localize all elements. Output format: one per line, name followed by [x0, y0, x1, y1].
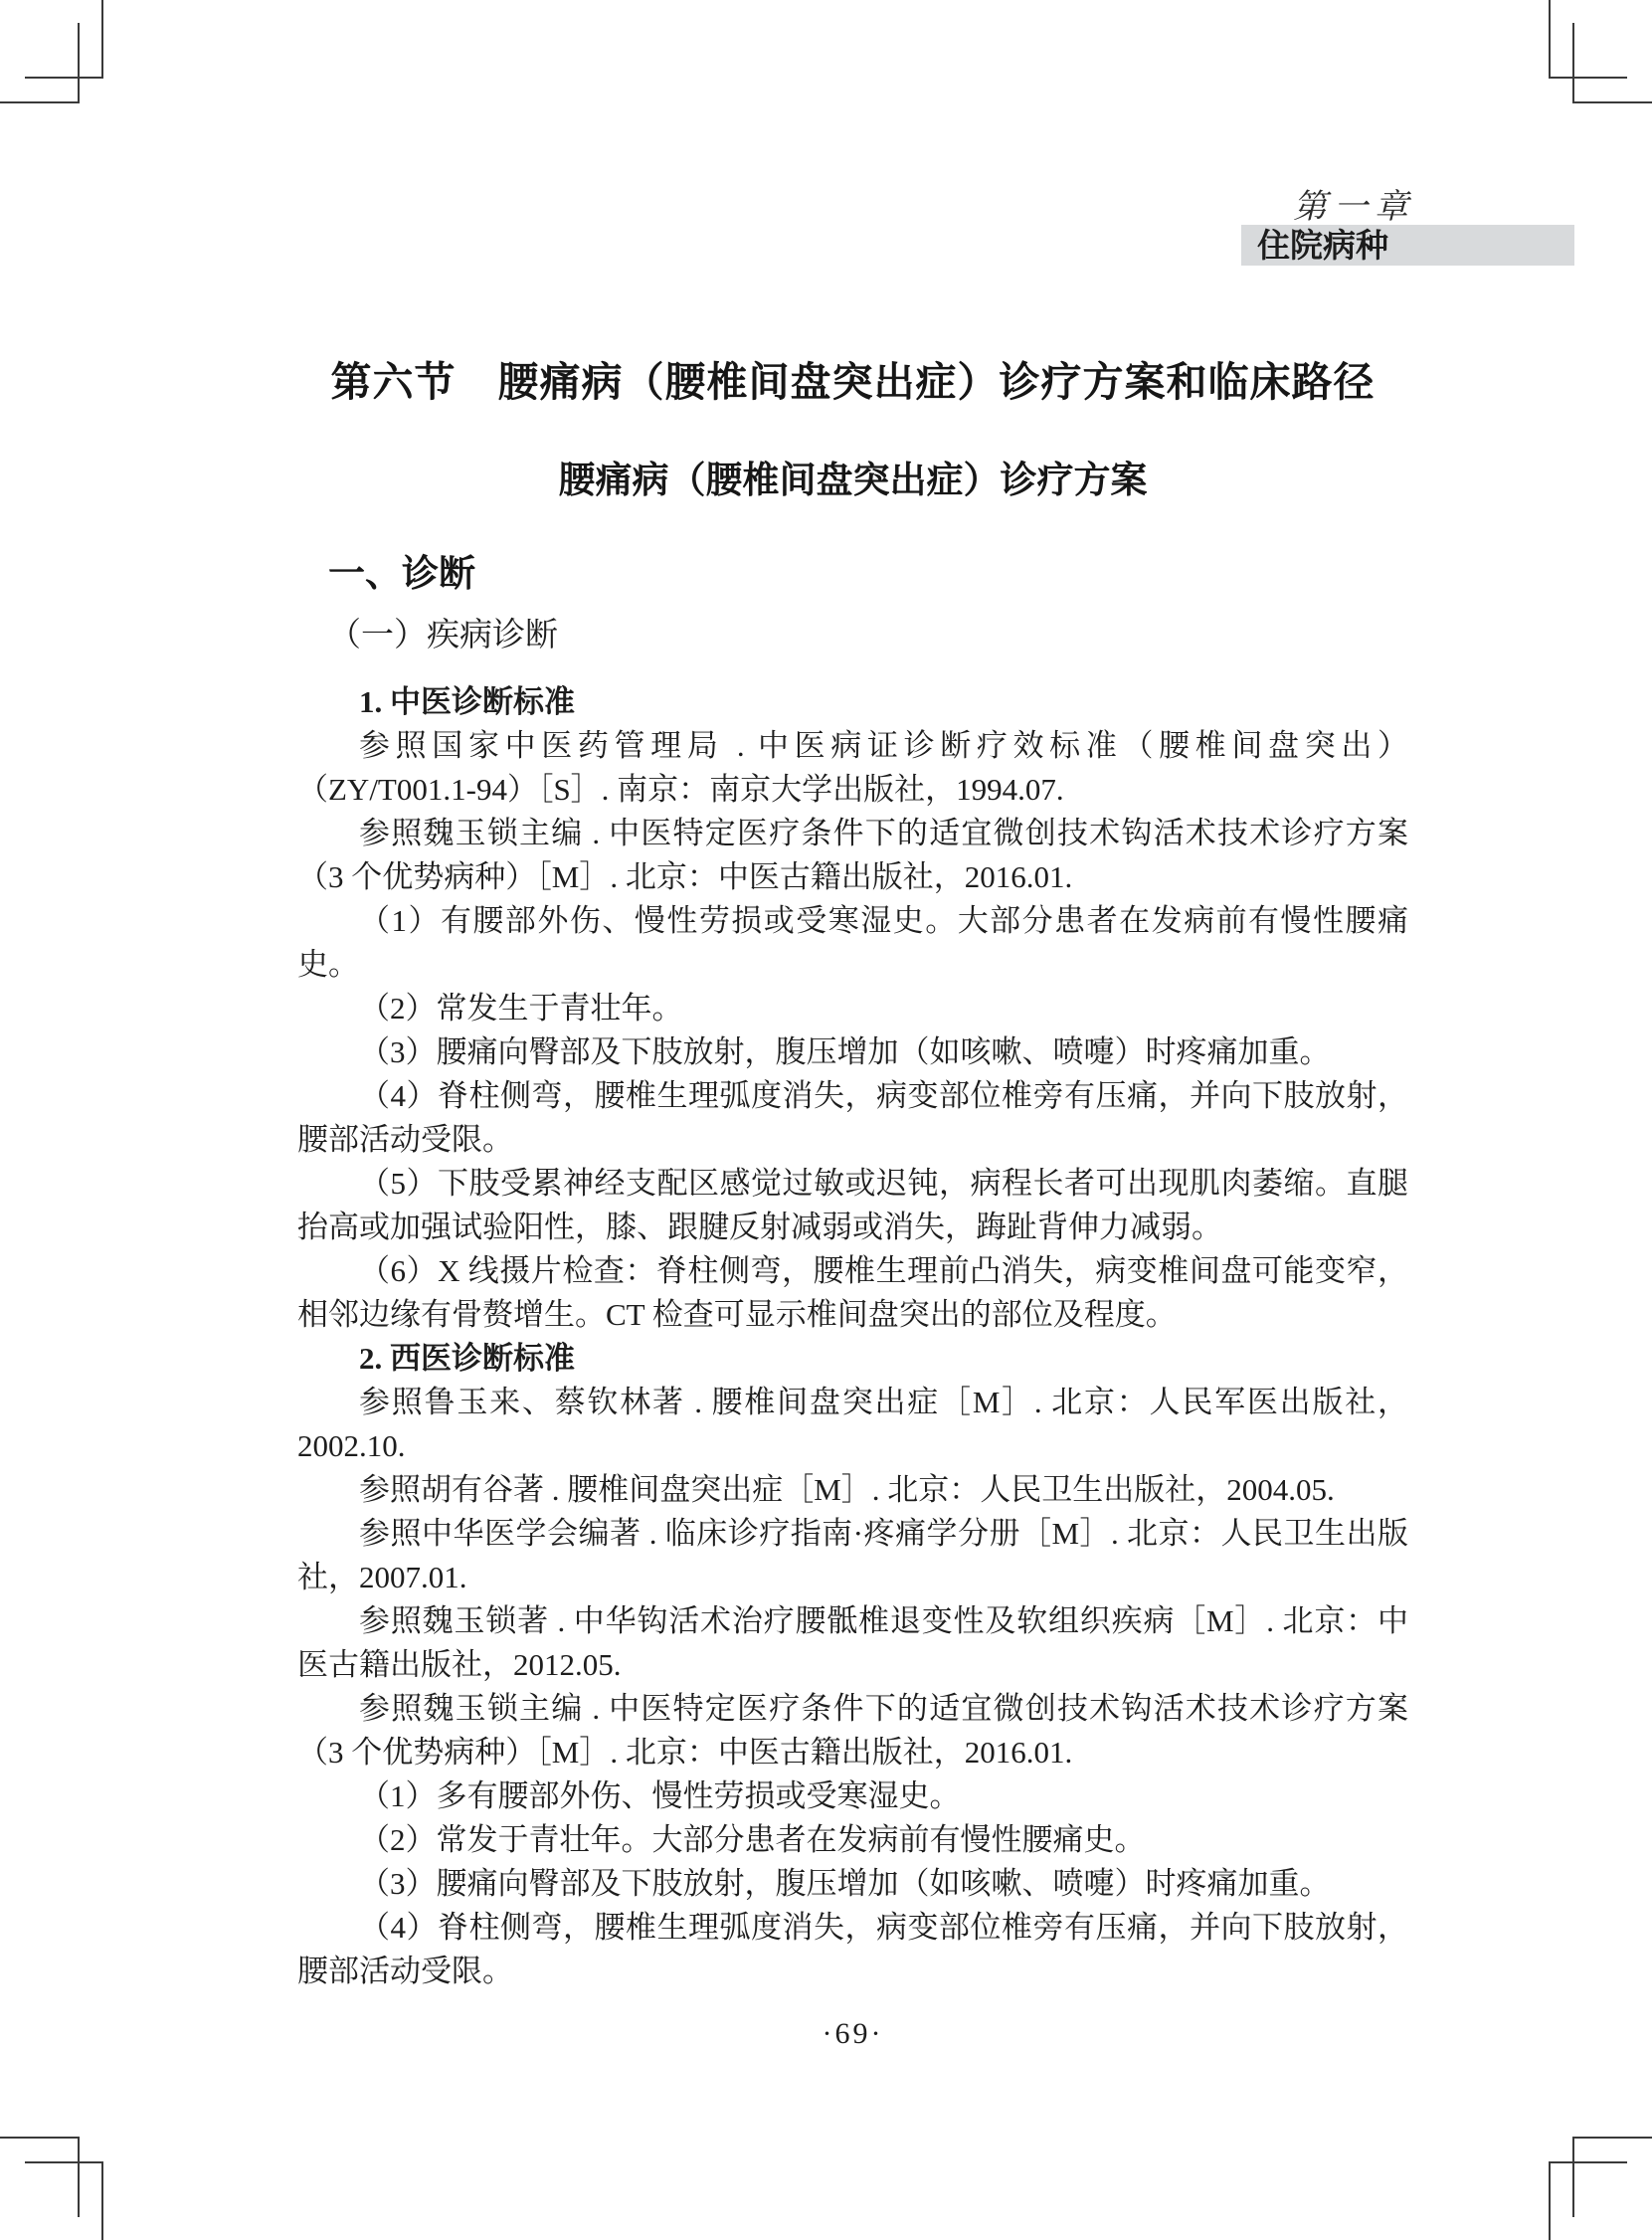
crop-mark-bottom-right-inner — [1572, 2137, 1652, 2217]
body-text: 1. 中医诊断标准参照国家中医药管理局 . 中医病证诊断疗效标准（腰椎间盘突出）… — [297, 680, 1408, 1993]
content-paragraph: （1）多有腰部外伤、慢性劳损或受寒湿史。 — [297, 1774, 1408, 1818]
content-paragraph: 参照魏玉锁著 . 中华钩活术治疗腰骶椎退变性及软组织疾病［M］. 北京：中医古籍… — [297, 1599, 1408, 1687]
content-paragraph: 参照中华医学会编著 . 临床诊疗指南·疼痛学分册［M］. 北京：人民卫生出版社，… — [297, 1512, 1408, 1599]
content-heading: 1. 中医诊断标准 — [297, 680, 1408, 724]
plan-title: 腰痛病（腰椎间盘突出症）诊疗方案 — [297, 459, 1408, 502]
content-paragraph: 参照鲁玉来、蔡钦林著 . 腰椎间盘突出症［M］. 北京：人民军医出版社，2002… — [297, 1381, 1408, 1468]
heading-disease-diagnosis: （一）疾病诊断 — [328, 609, 558, 655]
content-paragraph: 参照魏玉锁主编 . 中医特定医疗条件下的适宜微创技术钩活术技术诊疗方案（3 个优… — [297, 812, 1408, 899]
content-paragraph: （1）有腰部外伤、慢性劳损或受寒湿史。大部分患者在发病前有慢性腰痛史。 — [297, 899, 1408, 987]
chapter-number-script: 第一章 — [1293, 179, 1415, 228]
crop-mark-bottom-left-inner — [0, 2137, 80, 2217]
book-page: 第一章 住院病种 第六节 腰痛病（腰椎间盘突出症）诊疗方案和临床路径 腰痛病（腰… — [0, 0, 1652, 2240]
heading-diagnosis: 一、诊断 — [328, 543, 475, 597]
content-paragraph: 参照胡有谷著 . 腰椎间盘突出症［M］. 北京：人民卫生出版社，2004.05. — [297, 1468, 1408, 1512]
content-paragraph: 参照魏玉锁主编 . 中医特定医疗条件下的适宜微创技术钩活术技术诊疗方案（3 个优… — [297, 1687, 1408, 1774]
page-number: ·69· — [297, 2017, 1408, 2051]
content-paragraph: （5）下肢受累神经支配区感觉过敏或迟钝，病程长者可出现肌肉萎缩。直腿抬高或加强试… — [297, 1162, 1408, 1249]
section-title: 第六节 腰痛病（腰椎间盘突出症）诊疗方案和临床路径 — [297, 358, 1408, 407]
content-paragraph: （4）脊柱侧弯，腰椎生理弧度消失，病变部位椎旁有压痛，并向下肢放射，腰部活动受限… — [297, 1074, 1408, 1162]
content-paragraph: 参照国家中医药管理局 . 中医病证诊断疗效标准（腰椎间盘突出）（ZY/T001.… — [297, 724, 1408, 812]
chapter-tab-label: 住院病种 — [1241, 225, 1574, 266]
content-heading: 2. 西医诊断标准 — [297, 1337, 1408, 1381]
chapter-tab: 住院病种 — [1241, 225, 1574, 266]
content-paragraph: （3）腰痛向臀部及下肢放射，腹压增加（如咳嗽、喷嚏）时疼痛加重。 — [297, 1030, 1408, 1074]
content-paragraph: （6）X 线摄片检查：脊柱侧弯，腰椎生理前凸消失，病变椎间盘可能变窄，相邻边缘有… — [297, 1249, 1408, 1337]
content-paragraph: （3）腰痛向臀部及下肢放射，腹压增加（如咳嗽、喷嚏）时疼痛加重。 — [297, 1862, 1408, 1906]
crop-mark-top-left-inner — [0, 23, 80, 103]
crop-mark-top-right-inner — [1572, 23, 1652, 103]
content-paragraph: （2）常发于青壮年。大部分患者在发病前有慢性腰痛史。 — [297, 1818, 1408, 1862]
content-paragraph: （2）常发生于青壮年。 — [297, 987, 1408, 1030]
content-paragraph: （4）脊柱侧弯，腰椎生理弧度消失，病变部位椎旁有压痛，并向下肢放射，腰部活动受限… — [297, 1906, 1408, 1993]
